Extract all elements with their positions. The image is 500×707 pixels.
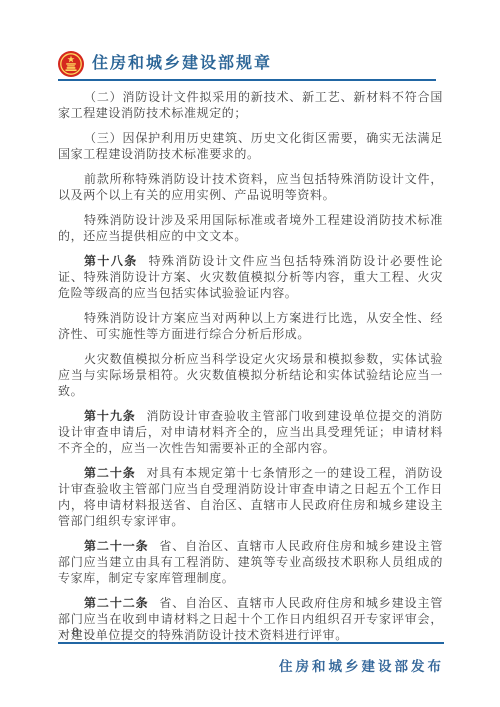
article-number: 第二十二条 [84, 596, 149, 610]
footer-divider [58, 642, 444, 644]
article-number: 第十九条 [84, 409, 136, 423]
paragraph: 火灾数值模拟分析应当科学设定火灾场景和模拟参数，实体试验应当与实际场景相符。火灾… [58, 351, 443, 399]
paragraph-text: 火灾数值模拟分析应当科学设定火灾场景和模拟参数，实体试验应当与实际场景相符。火灾… [58, 352, 443, 398]
paragraph: 第十九条消防设计审查验收主管部门收到建设单位提交的消防设计审查申请后，对申请材料… [58, 408, 443, 456]
paragraph: 第二十一条省、自治区、直辖市人民政府住房和城乡建设主管部门应当建立由具有工程消防… [58, 538, 443, 586]
document-body: （二）消防设计文件拟采用的新技术、新工艺、新材料不符合国家工程建设消防技术标准规… [58, 89, 443, 652]
paragraph-text: 前款所称特殊消防设计技术资料，应当包括特殊消防设计文件，以及两个以上有关的应用实… [58, 172, 443, 202]
document-title: 住房和城乡建设部规章 [92, 51, 272, 77]
paragraph-text: 特殊消防设计涉及采用国际标准或者境外工程建设消防技术标准的，还应当提供相应的中文… [58, 213, 443, 243]
paragraph: 前款所称特殊消防设计技术资料，应当包括特殊消防设计文件，以及两个以上有关的应用实… [58, 171, 443, 203]
paragraph-text: （三）因保护利用历史建筑、历史文化街区需要，确实无法满足国家工程建设消防技术标准… [58, 131, 443, 161]
page-number: - 8 - [61, 624, 444, 640]
paragraph: 第十八条特殊消防设计文件应当包括特殊消防设计必要性论证、特殊消防设计方案、火灾数… [58, 253, 443, 301]
paragraph: 第二十条对具有本规定第十七条情形之一的建设工程，消防设计审查验收主管部门应当自受… [58, 465, 443, 529]
paragraph-text: 特殊消防设计方案应当对两种以上方案进行比选，从安全性、经济性、可实施性等方面进行… [58, 311, 443, 341]
paragraph: （二）消防设计文件拟采用的新技术、新工艺、新材料不符合国家工程建设消防技术标准规… [58, 89, 443, 121]
publisher-label: 住房和城乡建设部发布 [58, 655, 444, 675]
article-number: 第十八条 [84, 254, 138, 268]
paragraph-text: （二）消防设计文件拟采用的新技术、新工艺、新材料不符合国家工程建设消防技术标准规… [58, 90, 443, 120]
article-number: 第二十条 [84, 466, 136, 480]
header-divider [58, 79, 436, 81]
article-number: 第二十一条 [84, 539, 149, 553]
paragraph: （三）因保护利用历史建筑、历史文化街区需要，确实无法满足国家工程建设消防技术标准… [58, 130, 443, 162]
paragraph: 特殊消防设计方案应当对两种以上方案进行比选，从安全性、经济性、可实施性等方面进行… [58, 310, 443, 342]
national-emblem-icon [58, 51, 84, 77]
paragraph: 特殊消防设计涉及采用国际标准或者境外工程建设消防技术标准的，还应当提供相应的中文… [58, 212, 443, 244]
document-header: 住房和城乡建设部规章 [58, 51, 444, 77]
document-footer: - 8 - 住房和城乡建设部发布 [58, 624, 444, 675]
document-page: 住房和城乡建设部规章 （二）消防设计文件拟采用的新技术、新工艺、新材料不符合国家… [0, 0, 500, 707]
